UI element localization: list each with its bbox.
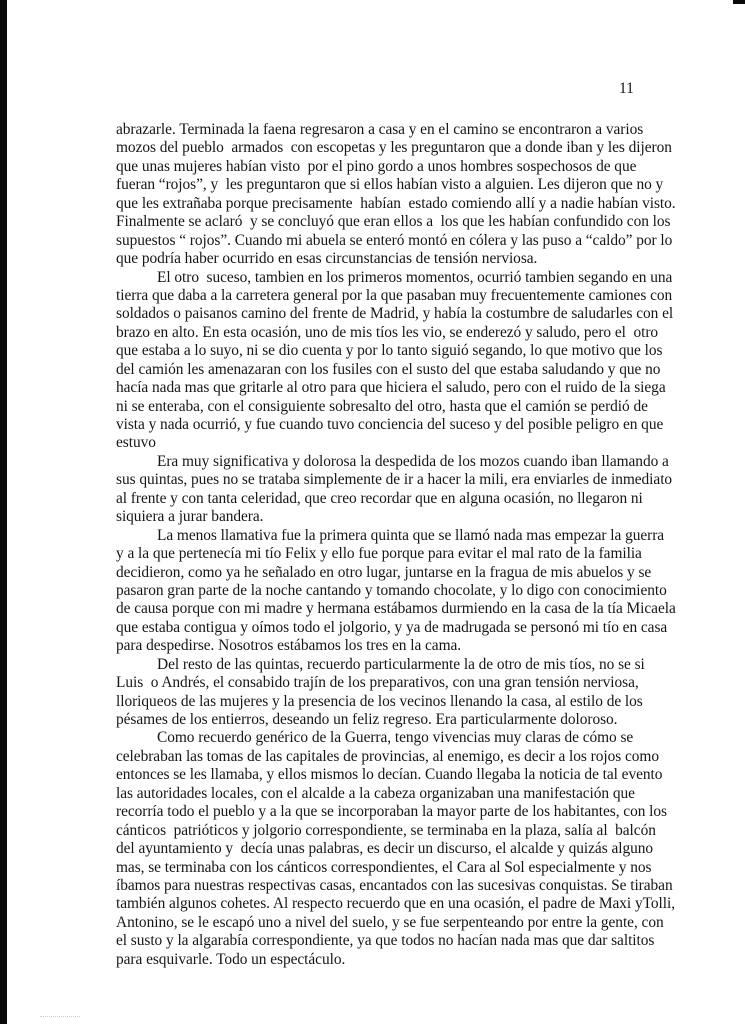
text-line: del camión les amenazaran con los fusile…	[116, 361, 636, 379]
text-line: Luis o Andrés, el consabido trajín de lo…	[116, 674, 636, 692]
text-line: de causa porque con mi madre y hermana e…	[116, 600, 636, 618]
text-line: que les extrañaba porque precisamente ha…	[116, 195, 636, 213]
text-line: recorría todo el pueblo y a la que se in…	[116, 803, 636, 821]
text-line: el susto y la algarabía correspondiente,…	[116, 932, 636, 950]
text-line: vista y nada ocurrió, y fue cuando tuvo …	[116, 416, 636, 434]
text-line: hacía nada mas que gritarle al otro para…	[116, 379, 636, 397]
scan-footer-specks	[40, 1016, 80, 1018]
text-line: para despedirse. Nosotros estábamos los …	[116, 637, 636, 655]
text-line: lloriqueos de las mujeres y la presencia…	[116, 693, 636, 711]
text-line: decidieron, como ya he señalado en otro …	[116, 564, 636, 582]
text-line: mas, se terminaba con los cánticos corre…	[116, 859, 636, 877]
text-line: cánticos patrióticos y jolgorio correspo…	[116, 822, 636, 840]
text-line: del ayuntamiento y decía unas palabras, …	[116, 840, 636, 858]
text-line: entonces se les llamaba, y ellos mismos …	[116, 766, 636, 784]
paragraph-first-line: Del resto de las quintas, recuerdo parti…	[116, 656, 636, 674]
text-line: soldados o paisanos camino del frente de…	[116, 305, 636, 323]
scan-corner-mark	[733, 0, 745, 4]
text-line: abrazarle. Terminada la faena regresaron…	[116, 121, 636, 139]
scan-left-edge-shadow	[0, 0, 7, 1024]
text-line: supuestos “ rojos”. Cuando mi abuela se …	[116, 232, 636, 250]
text-line: tierra que daba a la carretera general p…	[116, 287, 636, 305]
text-line: íbamos para nuestras respectivas casas, …	[116, 877, 636, 895]
text-line: estuvo	[116, 434, 636, 452]
text-line: pasaron gran parte de la noche cantando …	[116, 582, 636, 600]
text-line: ni se enteraba, con el consiguiente sobr…	[116, 398, 636, 416]
text-line: mozos del pueblo armados con escopetas y…	[116, 139, 636, 157]
text-line: siquiera a jurar bandera.	[116, 508, 636, 526]
text-line: las autoridades locales, con el alcalde …	[116, 785, 636, 803]
text-line: celebraban las tomas de las capitales de…	[116, 748, 636, 766]
paragraph-first-line: Como recuerdo genérico de la Guerra, ten…	[116, 729, 636, 747]
text-line: para esquivarle. Todo un espectáculo.	[116, 951, 636, 969]
text-line: fueran “rojos”, y les preguntaron que si…	[116, 176, 636, 194]
text-line: y a la que pertenecía mi tío Felix y ell…	[116, 545, 636, 563]
paragraph-first-line: La menos llamativa fue la primera quinta…	[116, 527, 636, 545]
page-number: 11	[619, 80, 634, 98]
text-line: brazo en alto. En esta ocasión, uno de m…	[116, 324, 636, 342]
text-line: también algunos cohetes. Al respecto rec…	[116, 895, 636, 913]
body-text: abrazarle. Terminada la faena regresaron…	[116, 121, 636, 969]
text-line: sus quintas, pues no se trataba simpleme…	[116, 471, 636, 489]
text-line: que estaba a lo suyo, ni se dio cuenta y…	[116, 342, 636, 360]
text-line: que unas mujeres habían visto por el pin…	[116, 158, 636, 176]
text-line: Finalmente se aclaró y se concluyó que e…	[116, 213, 636, 231]
text-line: al frente y con tanta celeridad, que cre…	[116, 490, 636, 508]
paragraph-first-line: El otro suceso, tambien en los primeros …	[116, 269, 636, 287]
text-line: que estaba contigua y oímos todo el jolg…	[116, 619, 636, 637]
paragraph-first-line: Era muy significativa y dolorosa la desp…	[116, 453, 636, 471]
text-line: Antonino, se le escapó uno a nivel del s…	[116, 914, 636, 932]
text-line: que podría haber ocurrido en esas circun…	[116, 250, 636, 268]
text-line: pésames de los entierros, deseando un fe…	[116, 711, 636, 729]
